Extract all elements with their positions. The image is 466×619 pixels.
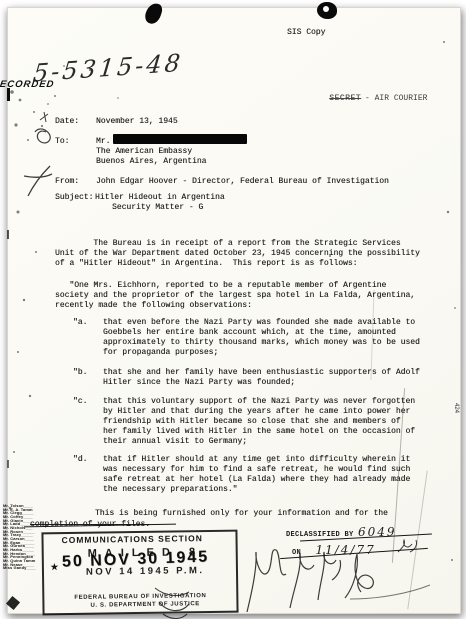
classification-line: SECRET- AIR COURIER <box>310 84 427 114</box>
ink-blot-icon <box>317 2 337 19</box>
recorded-stamp: RECORDED <box>0 79 55 90</box>
item-c-text: that this voluntary support of the Nazi … <box>103 397 415 447</box>
redaction-bar <box>113 134 247 144</box>
body-paragraph-1: The Bureau is in receipt of a report fro… <box>55 239 420 269</box>
from-value: John Edgar Hoover - Director, Federal Bu… <box>96 177 389 187</box>
scanned-fbi-memo: SIS Copy 5-5315-48 RECORDED SECRET- AIR … <box>0 0 466 619</box>
star-icon: ★ <box>50 562 59 573</box>
ink-blot-hole <box>323 6 329 12</box>
to-label: To: <box>55 137 69 147</box>
subject-label: Subject: <box>55 193 93 203</box>
to-name-prefix: Mr. <box>96 137 110 147</box>
subject-line1: Hitler Hideout in Argentina <box>95 193 225 203</box>
margin-mark: 424 <box>453 403 459 413</box>
date-value: November 13, 1945 <box>96 117 178 127</box>
item-b-label: "b. <box>73 368 87 378</box>
body-paragraph-2: "One Mrs. Eichhorn, reported to be a rep… <box>55 281 415 311</box>
fbi-line: FEDERAL BUREAU OF INVESTIGATION <box>74 593 206 601</box>
communications-section-stamp: COMMUNICATIONS SECTION MAILED 8 ★ NOV 14… <box>41 530 238 616</box>
item-a-label: "a. <box>73 318 87 328</box>
routing-list-stamp: Mr. Tolson____ Mr. E. A. Tamm Mr. Clegg_… <box>3 504 36 570</box>
to-line2: The American Embassy <box>96 147 192 157</box>
date-label: Date: <box>55 117 79 127</box>
sis-copy-note: SIS Copy <box>287 28 325 38</box>
classification-struck: SECRET <box>329 94 361 103</box>
item-c-label: "c. <box>73 397 87 407</box>
closing-line1: This is being furnished only for your in… <box>95 509 388 519</box>
item-a-text: that even before the Nazi Party was foun… <box>103 318 420 358</box>
item-d-label: "d. <box>73 455 87 465</box>
doj-line: U. S. DEPARTMENT OF JUSTICE <box>90 601 200 609</box>
item-d-text: that if Hitler should at any time get in… <box>103 455 410 495</box>
comm-section-line: COMMUNICATIONS SECTION <box>61 533 202 545</box>
item-b-text: that she and her family have been enthus… <box>103 368 420 388</box>
classification-text: - AIR COURIER <box>365 94 427 103</box>
from-label: From: <box>55 177 79 187</box>
to-line3: Buenos Aires, Argentina <box>96 157 206 167</box>
subject-line2: Security Matter - G <box>112 203 203 213</box>
